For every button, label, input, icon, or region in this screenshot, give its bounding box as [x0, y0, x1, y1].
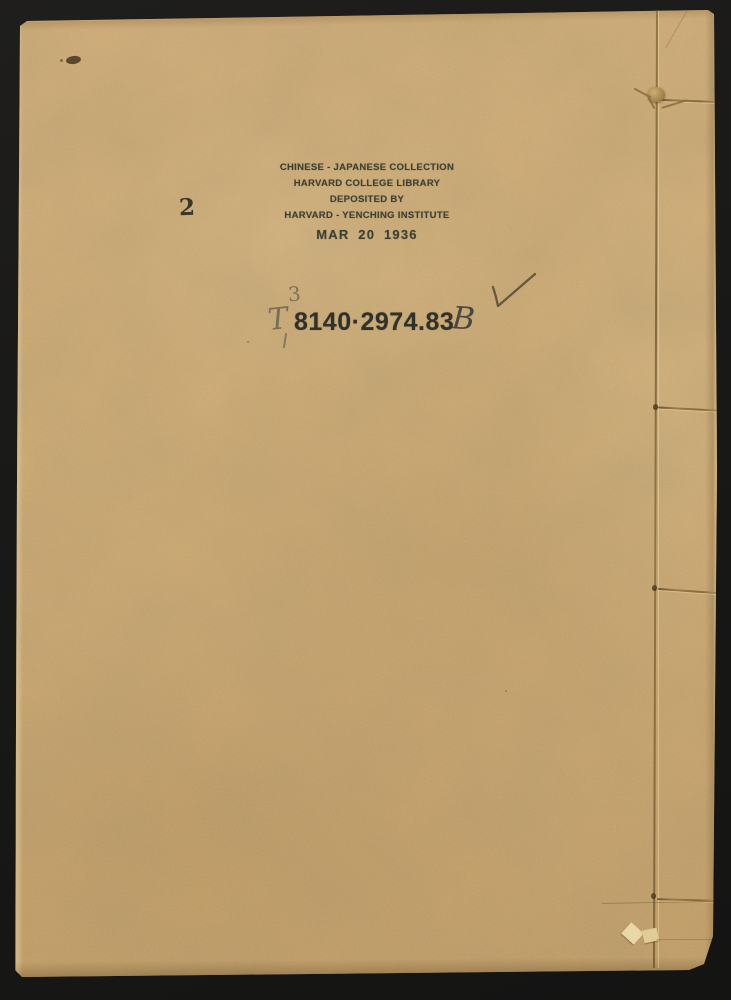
- stamp-line-institute: HARVARD - YENCHING INSTITUTE: [267, 208, 467, 224]
- stamp-line-collection: CHINESE - JAPANESE COLLECTION: [267, 160, 467, 176]
- speck: [60, 59, 63, 62]
- speck: [505, 690, 507, 692]
- stamp-line-library: HARVARD COLLEGE LIBRARY: [267, 176, 467, 192]
- stamp-line-deposited: DEPOSITED BY: [267, 192, 467, 208]
- paper-texture: [0, 0, 731, 1000]
- binding-crease-highlight: [658, 10, 659, 968]
- library-stamp: CHINESE - JAPANESE COLLECTION HARVARD CO…: [267, 160, 467, 244]
- stitch-hole: [653, 404, 658, 410]
- stitch-hole: [651, 893, 656, 899]
- stamp-date: MAR 20 1936: [267, 226, 467, 244]
- pencil-checkmark-icon: [488, 266, 540, 312]
- copy-number: 2: [179, 194, 196, 222]
- stitch-hole: [652, 585, 657, 591]
- class-superscript: 3: [287, 282, 301, 307]
- book-cover: CHINESE - JAPANESE COLLECTION HARVARD CO…: [0, 0, 731, 1000]
- speck: [247, 341, 249, 343]
- photo-mount: CHINESE - JAPANESE COLLECTION HARVARD CO…: [0, 0, 731, 1000]
- call-suffix: B: [451, 300, 476, 338]
- crease-line: [656, 939, 712, 940]
- call-number: 8140·2974.83: [294, 308, 454, 337]
